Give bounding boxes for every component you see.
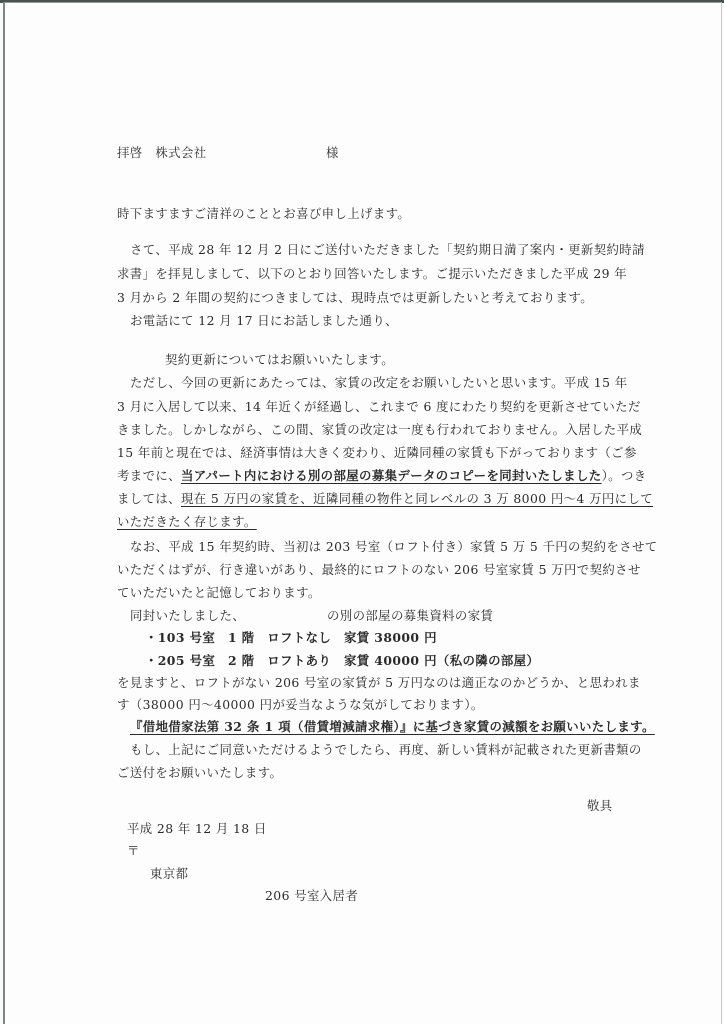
para6-line2: す（38000 円～40000 円が妥当なような気がしております）。 (117, 697, 484, 713)
para3-line5-pre: 考までに、 (117, 468, 181, 483)
para4-line3: ていただいたと記憶しております。 (117, 585, 321, 601)
salutation-line: 拝啓 株式会社 (117, 145, 207, 161)
para1-line3: 3 月から 2 年間の契約につきましては、現時点では更新したいと考えております。 (117, 290, 593, 306)
para4-line1: なお、平成 15 年契約時、当初は 203 号室（ロフト付き）家賃 5 万 5 … (130, 539, 658, 555)
greeting: 時下ますますご清祥のこととお喜び申し上げます。 (117, 206, 410, 222)
para3-line6: ましては、現在 5 万円の家賃を、近隣同種の物件と同レベルの 3 万 8000 … (117, 491, 653, 507)
para3-line6-pre: ましては、 (117, 491, 181, 506)
para6-line1: を見ますと、ロフトがない 206 号室の家賃が 5 万円なのは適正なのかどうか、… (117, 675, 641, 691)
rent-request: 現在 5 万円の家賃を、近隣同種の物件と同レベルの 3 万 8000 円～4 万… (181, 491, 653, 506)
company-prefix: 株式会社 (155, 145, 206, 160)
para5-pre: 同封いたしました、 (130, 608, 245, 624)
room-205: ・205 号室 2 階 ロフトあり 家賃 40000 円（私の隣の部屋） (145, 653, 539, 669)
letter-page (3, 2, 722, 1024)
address: 東京都 (150, 866, 188, 882)
date: 平成 28 年 12 月 18 日 (127, 821, 267, 837)
para3-line7: いただきたく存じます。 (117, 514, 257, 530)
enclosure-note: 当アパート内における別の部屋の募集データのコピーを同封いたしました (181, 468, 602, 483)
para3-line2: 3 月に入居して以来、14 年近くが経過し、これまで 6 度にわたり契約を更新さ… (117, 399, 641, 415)
para3-line1: ただし、今回の更新にあたっては、家賃の改定をお願いしたいと思います。平成 15 … (130, 375, 628, 391)
para1-line4: お電話にて 12 月 17 日にお話しました通り、 (130, 313, 398, 329)
para3-line4: 15 年前と現在では、経済事情は大きく変わり、近隣同種の家賃も下がっております（… (117, 445, 637, 461)
para2: 契約更新についてはお願いいたします。 (165, 352, 394, 368)
para3-line5-post: ）。つき (602, 468, 647, 483)
postal-mark: 〒 (127, 843, 140, 859)
para7-line1: もし、上記にご同意いただけるようでしたら、再度、新しい賃料が記載された更新書類の (130, 742, 642, 758)
para5-post: の別の部屋の募集資料の家賃 (327, 608, 493, 624)
para3-line3: きました。しかしながら、この間、家賃の改定は一度も行われておりません。入居した平… (117, 422, 642, 438)
room-103: ・103 号室 1 階 ロフトなし 家賃 38000 円 (145, 630, 437, 646)
para1-line2: 求書」を拝見しまして、以下のとおり回答いたします。ご提示いただきました平成 29… (117, 266, 627, 282)
closing: 敬具 (587, 798, 613, 814)
para3-line5: 考までに、当アパート内における別の部屋の募集データのコピーを同封いたしました）。… (117, 468, 647, 484)
para4-line2: いただくはずが、行き違いがあり、最終的にロフトのない 206 号室家賃 5 万円… (117, 562, 641, 578)
salutation-opening: 拝啓 (117, 145, 143, 160)
honorific: 様 (326, 145, 339, 161)
para7-line2: ご送付をお願いいたします。 (117, 765, 282, 781)
rent-request-end: いただきたく存じます。 (117, 514, 257, 529)
legal-request: 『借地借家法第 32 条 1 項（借賃増減請求権）』に基づき家賃の減額をお願いい… (130, 719, 655, 735)
sender: 206 号室入居者 (265, 888, 358, 904)
para1-line1: さて、平成 28 年 12 月 2 日にご送付いただきました「契約期日満了案内・… (130, 242, 645, 258)
